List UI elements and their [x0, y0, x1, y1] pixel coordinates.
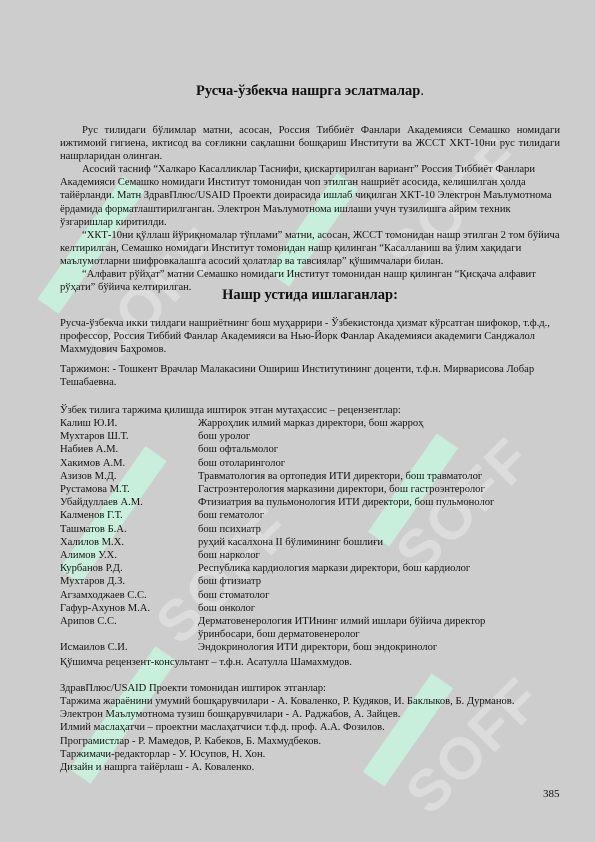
reviewer-role: бош онколог: [198, 602, 498, 615]
reviewer-name: Набиев А.М.: [60, 443, 198, 456]
reviewer-role: Дерматовенерология ИТИнинг илмий ишлари …: [198, 615, 498, 641]
reviewer-name: Агзамходжаев С.С.: [60, 589, 198, 602]
reviewer-row: Азизов М.Д.Травматология ва ортопедия ИТ…: [60, 470, 560, 483]
reviewer-row: Гафур-Ахунов М.А.бош онколог: [60, 602, 560, 615]
project-line: Электрон Маълумотнома тузиш бошқарувчила…: [60, 708, 560, 721]
reviewer-row: Калиш Ю.И.Жарроҳлик илмий марказ директо…: [60, 417, 560, 430]
reviewer-row: Убайдуллаев А.М.Фтизиатрия ва пульмоноло…: [60, 496, 560, 509]
reviewer-row: Набиев А.М.бош офтальмолог: [60, 443, 560, 456]
reviewer-role: Гастроэнтерология марказини директори, б…: [198, 483, 498, 496]
reviewer-role: бош гематолог: [198, 509, 498, 522]
project-line: Дизайн и нашрга тайёрлаш - А. Коваленко.: [60, 761, 560, 774]
chief-editor: Русча-ўзбекча икки тилдаги нашриётнинг б…: [60, 317, 560, 357]
reviewer-row: Рустамова М.Т.Гастроэнтерология марказин…: [60, 483, 560, 496]
reviewer-row: Мухтаров Д.З.бош фтизиатр: [60, 575, 560, 588]
reviewer-name: Курбанов Р.Д.: [60, 562, 198, 575]
reviewer-name: Ташматов Б.А.: [60, 523, 198, 536]
reviewer-row: Хакимов А.М.бош отоларинголог: [60, 457, 560, 470]
section-title: Русча-ўзбекча нашрга эслатмалар.: [60, 83, 560, 100]
reviewer-name: Убайдуллаев А.М.: [60, 496, 198, 509]
reviewer-role: Травматология ва ортопедия ИТИ директори…: [198, 470, 498, 483]
reviewer-role: бош отоларинголог: [198, 457, 498, 470]
reviewer-name: Хакимов А.М.: [60, 457, 198, 470]
reviewers-heading: Ўзбек тилига таржима қилишда иштирок этг…: [60, 404, 560, 417]
reviewer-role: бош фтизиатр: [198, 575, 498, 588]
project-line: Програмистлар - Р. Мамедов, Р. Кабеков, …: [60, 735, 560, 748]
paragraph: Асосий тасниф “Халкаро Касалликлар Тасни…: [60, 163, 560, 229]
reviewer-name: Рустамова М.Т.: [60, 483, 198, 496]
reviewer-role: бош офтальмолог: [198, 443, 498, 456]
paragraph: Рус тилидаги бўлимлар матни, асосан, Рос…: [60, 124, 560, 164]
reviewer-role: руҳий касалхона II бўлимининг бошлиғи: [198, 536, 498, 549]
reviewer-role: Республика кардиология маркази директори…: [198, 562, 498, 575]
reviewer-name: Исмаилов С.И.: [60, 641, 198, 654]
reviewer-name: Халилов М.Х.: [60, 536, 198, 549]
reviewer-row: Исмаилов С.И.Эндокринология ИТИ директор…: [60, 641, 560, 654]
reviewer-role: бош уролог: [198, 430, 498, 443]
reviewer-row: Алимов У.Х.бош нарколог: [60, 549, 560, 562]
reviewer-row: Мухтаров Ш.Т.бош уролог: [60, 430, 560, 443]
reviewer-row: Халилов М.Х.руҳий касалхона II бўлиминин…: [60, 536, 560, 549]
reviewer-name: Азизов М.Д.: [60, 470, 198, 483]
section-title: Нашр устида ишлаганлар:: [60, 287, 560, 304]
project-line: Илмий маслаҳатчи – проектни маслаҳатчиси…: [60, 721, 560, 734]
reviewer-role: бош нарколог: [198, 549, 498, 562]
project-heading: ЗдравПлюс/USAID Проекти томонидан иштиро…: [60, 682, 560, 695]
reviewer-name: Алимов У.Х.: [60, 549, 198, 562]
reviewer-role: Фтизиатрия ва пульмонология ИТИ директор…: [198, 496, 498, 509]
translator: Таржимон: - Тошкент Врачлар Малакасини О…: [60, 363, 560, 389]
project-line: Таржима жараёнини умумий бошқарувчилари …: [60, 695, 560, 708]
reviewer-row: Агзамходжаев С.С.бош стоматолог: [60, 589, 560, 602]
reviewer-name: Арипов С.С.: [60, 615, 198, 641]
reviewer-row: Калменов Г.Т.бош гематолог: [60, 509, 560, 522]
reviewer-name: Калиш Ю.И.: [60, 417, 198, 430]
reviewer-role: Эндокринология ИТИ директори, бош эндокр…: [198, 641, 498, 654]
reviewer-row: Курбанов Р.Д.Республика кардиология марк…: [60, 562, 560, 575]
paragraph: “ХКТ-10ни қўллаш йўриқномалар тўплами” м…: [60, 229, 560, 269]
reviewer-row: Арипов С.С.Дерматовенерология ИТИнинг ил…: [60, 615, 560, 641]
reviewer-name: Калменов Г.Т.: [60, 509, 198, 522]
reviewer-role: Жарроҳлик илмий марказ директори, бош жа…: [198, 417, 498, 430]
reviewers-list: Калиш Ю.И.Жарроҳлик илмий марказ директо…: [60, 417, 560, 655]
reviewer-row: Ташматов Б.А.бош психиатр: [60, 523, 560, 536]
reviewer-name: Мухтаров Д.З.: [60, 575, 198, 588]
reviewer-role: бош стоматолог: [198, 589, 498, 602]
reviewer-name: Мухтаров Ш.Т.: [60, 430, 198, 443]
project-line: Таржимачи-редакторлар - У. Юсупов, Н. Хо…: [60, 748, 560, 761]
reviewer-role: бош психиатр: [198, 523, 498, 536]
reviewer-name: Гафур-Ахунов М.А.: [60, 602, 198, 615]
project-list: Таржима жараёнини умумий бошқарувчилари …: [60, 695, 560, 774]
page-number: 385: [543, 788, 560, 800]
consultant: Қўшимча рецензент-консультант – т.ф.н. А…: [60, 656, 560, 669]
